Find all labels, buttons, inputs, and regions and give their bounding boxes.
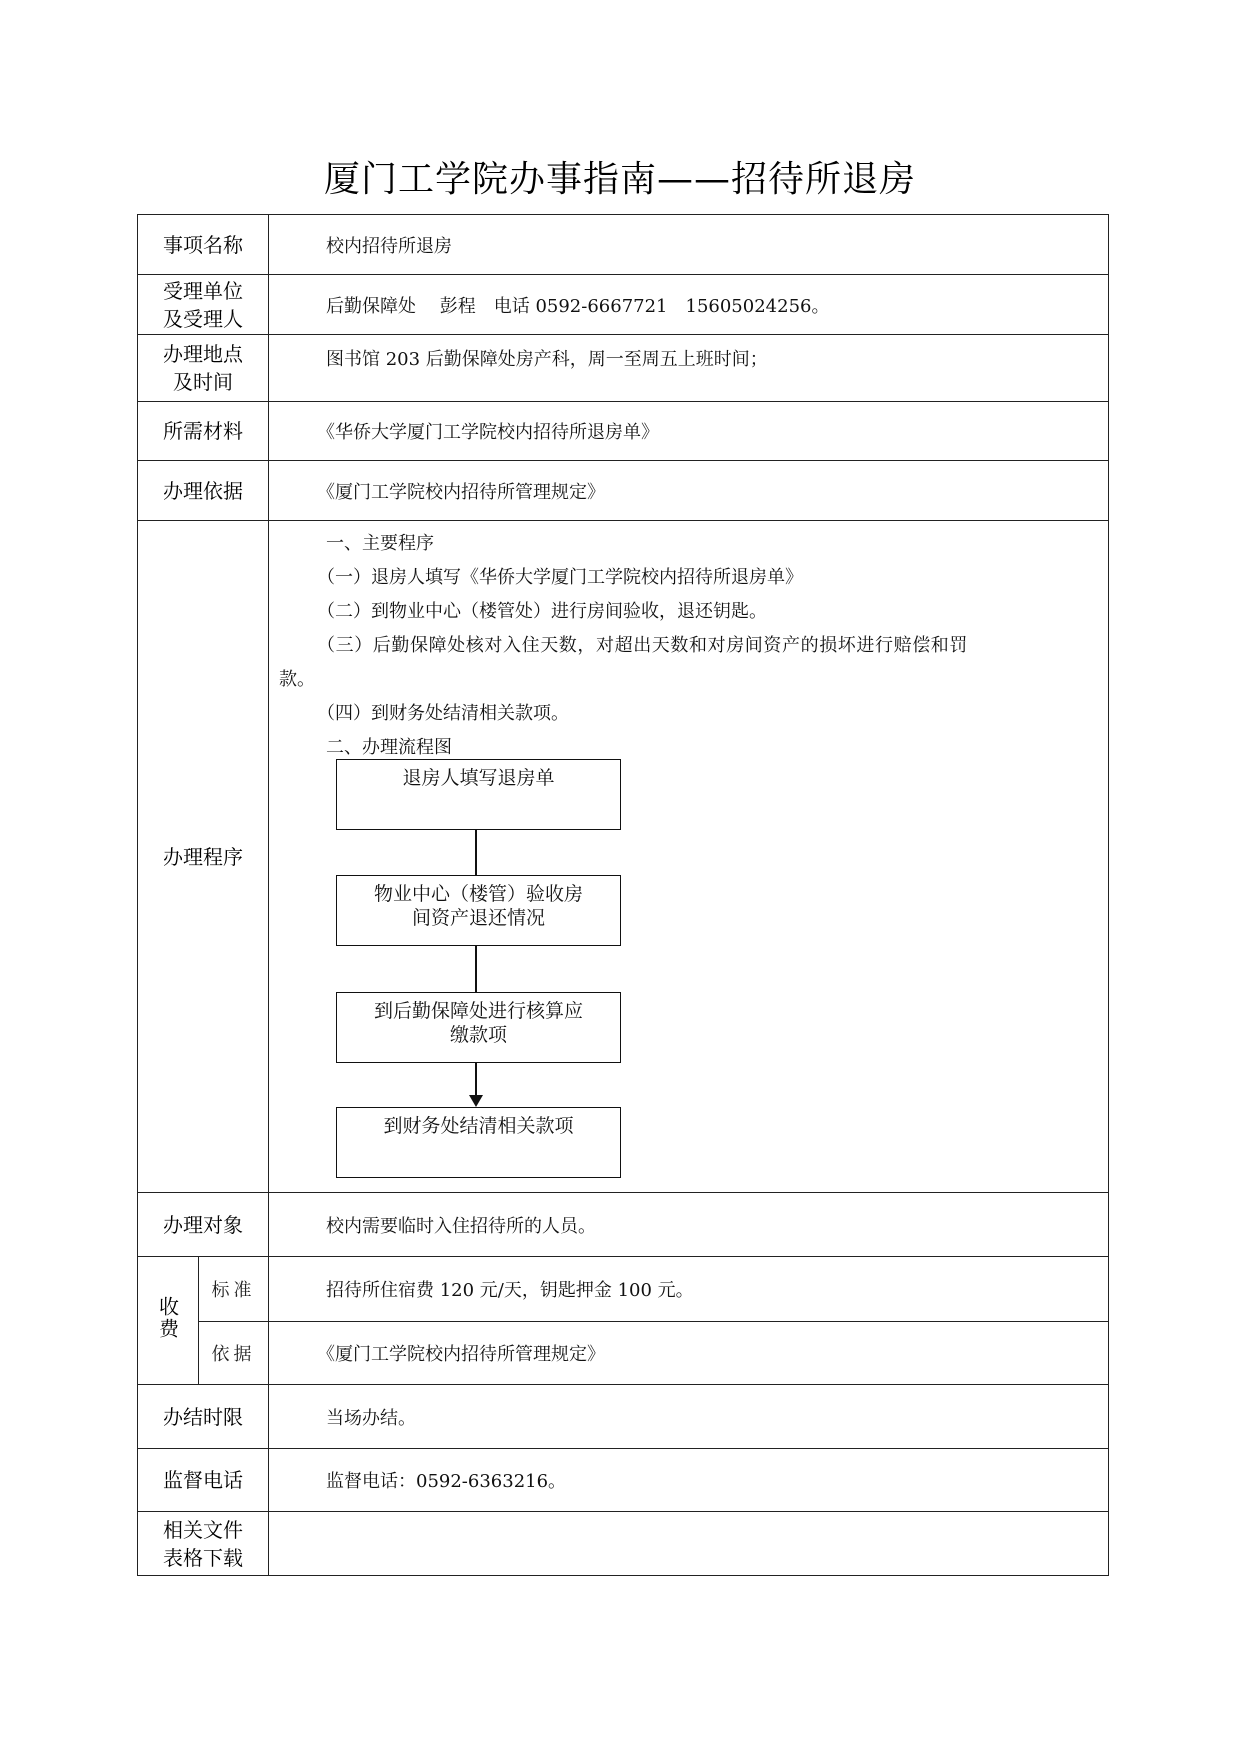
value-downloads[interactable] — [269, 1512, 1109, 1576]
label-fee-standard: 标准 — [199, 1257, 269, 1322]
row-procedure: 办理程序 一、主要程序 （一）退房人填写《华侨大学厦门工学院校内招待所退房单》 … — [138, 521, 1109, 1193]
row-supervision: 监督电话 监督电话：0592-6363216。 — [138, 1449, 1109, 1512]
row-materials: 所需材料 《华侨大学厦门工学院校内招待所退房单》 — [138, 402, 1109, 461]
procedure-line: （一）退房人填写《华侨大学厦门工学院校内招待所退房单》 — [317, 563, 803, 589]
label-location: 办理地点 及时间 — [138, 335, 269, 402]
title-sub: 招待所退房 — [731, 159, 916, 200]
label-materials: 所需材料 — [138, 402, 269, 461]
procedure-line: （四）到财务处结清相关款项。 — [317, 699, 569, 725]
value-item-name: 校内招待所退房 — [269, 215, 1109, 275]
label-supervision: 监督电话 — [138, 1449, 269, 1512]
value-location: 图书馆 203 后勤保障处房产科，周一至周五上班时间； — [269, 335, 1109, 402]
procedure-content: 一、主要程序 （一）退房人填写《华侨大学厦门工学院校内招待所退房单》 （二）到物… — [269, 521, 1109, 1193]
flow-step-3: 到后勤保障处进行核算应 缴款项 — [336, 992, 621, 1063]
flow-step-2: 物业中心（楼管）验收房 间资产退还情况 — [336, 875, 621, 946]
row-time-limit: 办结时限 当场办结。 — [138, 1385, 1109, 1449]
label-basis: 办理依据 — [138, 461, 269, 521]
procedure-line: （三）后勤保障处核对入住天数，对超出天数和对房间资产的损坏进行赔偿和罚 — [317, 631, 968, 657]
value-basis: 《厦门工学院校内招待所管理规定》 — [269, 461, 1109, 521]
value-handler: 后勤保障处 彭程 电话 0592-6667721 15605024256。 — [269, 275, 1109, 335]
flow-connector — [475, 946, 477, 992]
value-supervision: 监督电话：0592-6363216。 — [269, 1449, 1109, 1512]
label-fee: 收费 — [138, 1257, 199, 1385]
label-procedure: 办理程序 — [138, 521, 269, 1193]
flow-connector — [475, 1063, 477, 1095]
row-handler: 受理单位 及受理人 后勤保障处 彭程 电话 0592-6667721 15605… — [138, 275, 1109, 335]
value-materials: 《华侨大学厦门工学院校内招待所退房单》 — [269, 402, 1109, 461]
value-fee-basis: 《厦门工学院校内招待所管理规定》 — [269, 1322, 1109, 1385]
label-fee-basis: 依据 — [199, 1322, 269, 1385]
procedure-line: （二）到物业中心（楼管处）进行房间验收，退还钥匙。 — [317, 597, 767, 623]
label-time-limit: 办结时限 — [138, 1385, 269, 1449]
row-fee-basis: 依据 《厦门工学院校内招待所管理规定》 — [138, 1322, 1109, 1385]
procedure-line: 款。 — [279, 665, 315, 691]
procedure-line: 一、主要程序 — [326, 529, 434, 555]
procedure-line: 二、办理流程图 — [326, 733, 452, 759]
flow-step-1: 退房人填写退房单 — [336, 759, 621, 830]
value-time-limit: 当场办结。 — [269, 1385, 1109, 1449]
label-item-name: 事项名称 — [138, 215, 269, 275]
row-item-name: 事项名称 校内招待所退房 — [138, 215, 1109, 275]
value-fee-standard: 招待所住宿费 120 元/天，钥匙押金 100 元。 — [269, 1257, 1109, 1322]
page-title: 厦门工学院办事指南——招待所退房 — [0, 155, 1240, 204]
arrow-down-icon — [469, 1095, 483, 1107]
row-location: 办理地点 及时间 图书馆 203 后勤保障处房产科，周一至周五上班时间； — [138, 335, 1109, 402]
flow-step-4: 到财务处结清相关款项 — [336, 1107, 621, 1178]
flow-connector — [475, 830, 477, 875]
label-handler: 受理单位 及受理人 — [138, 275, 269, 335]
label-target: 办理对象 — [138, 1193, 269, 1257]
row-target: 办理对象 校内需要临时入住招待所的人员。 — [138, 1193, 1109, 1257]
row-downloads: 相关文件 表格下载 — [138, 1512, 1109, 1576]
label-downloads: 相关文件 表格下载 — [138, 1512, 269, 1576]
service-guide-table: 事项名称 校内招待所退房 受理单位 及受理人 后勤保障处 彭程 电话 0592-… — [137, 214, 1109, 1576]
row-fee-standard: 收费 标准 招待所住宿费 120 元/天，钥匙押金 100 元。 — [138, 1257, 1109, 1322]
value-target: 校内需要临时入住招待所的人员。 — [269, 1193, 1109, 1257]
fee-label-text: 收费 — [154, 1296, 183, 1340]
title-main: 厦门工学院办事指南—— — [324, 159, 731, 200]
row-basis: 办理依据 《厦门工学院校内招待所管理规定》 — [138, 461, 1109, 521]
